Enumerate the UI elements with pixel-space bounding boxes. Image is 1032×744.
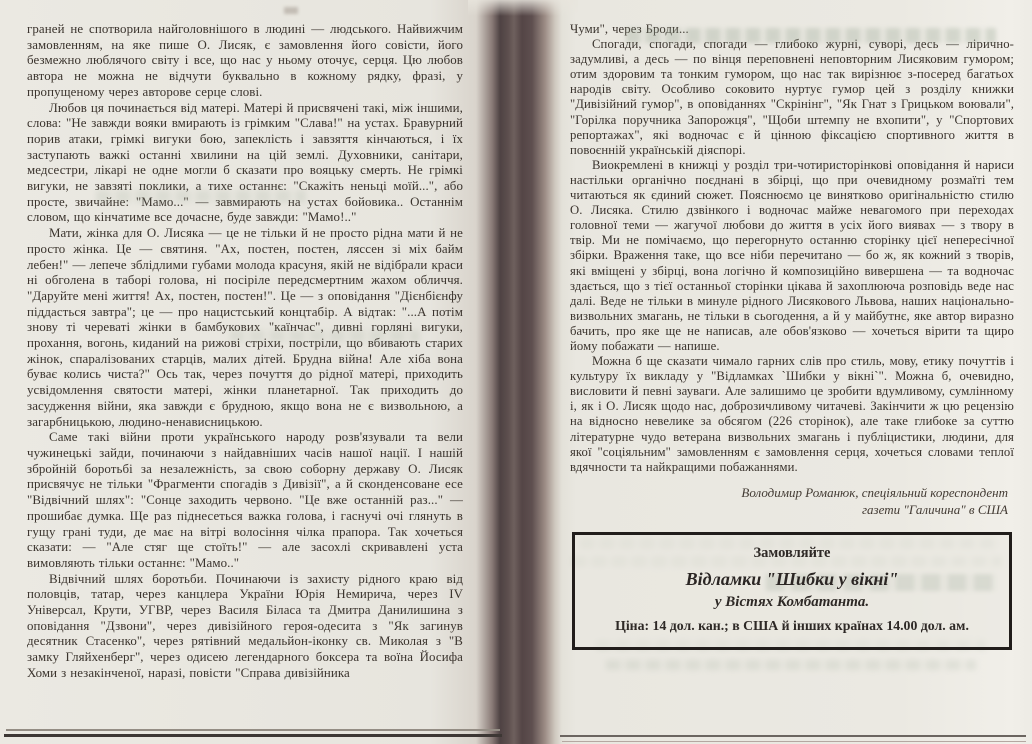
book-gutter-highlight	[468, 0, 578, 16]
right-page: Чуми", через Броди... Спогади, спогади, …	[566, 0, 1018, 744]
author-signature: Володимир Романюк, спеціяльний кореспонд…	[570, 484, 1014, 518]
paragraph-2: Спогади, спогади, спогади — глибоко журн…	[570, 37, 1014, 158]
order-box-subtitle: у Вістях Комбатанта.	[581, 594, 1003, 611]
order-box: Замовляйте Відламки "Шибки у вікні" у Ві…	[572, 532, 1012, 650]
signature-line-1: Володимир Романюк, спеціяльний кореспонд…	[570, 484, 1008, 501]
signature-line-2: газети "Галичина" в США	[570, 501, 1008, 518]
paragraph-3: Мати, жінка для О. Лисяка — це не тільки…	[27, 226, 463, 430]
paragraph-2: Любов ця починається від матері. Матері …	[27, 101, 463, 227]
book-scan: граней не спотворила найголовнішого в лю…	[0, 0, 1032, 744]
left-page: граней не спотворила найголовнішого в лю…	[0, 0, 470, 744]
paragraph-1: граней не спотворила найголовнішого в лю…	[27, 22, 463, 101]
paragraph-1: Чуми", через Броди...	[570, 22, 1014, 37]
paragraph-4: Можна б ще сказати чимало гарних слів пр…	[570, 354, 1014, 475]
paragraph-3: Виокремлені в книжці у розділ три-чотири…	[570, 158, 1014, 354]
order-box-heading: Замовляйте	[581, 545, 1003, 562]
bleed-through-smudge	[606, 660, 976, 670]
paragraph-5: Відвічний шлях боротьби. Починаючи із за…	[27, 572, 463, 682]
order-box-title: Відламки "Шибки у вікні"	[581, 569, 1003, 590]
order-box-price: Ціна: 14 дол. кан.; в США й інших країна…	[581, 618, 1003, 634]
paragraph-4: Саме такі війни проти українського народ…	[27, 430, 463, 571]
